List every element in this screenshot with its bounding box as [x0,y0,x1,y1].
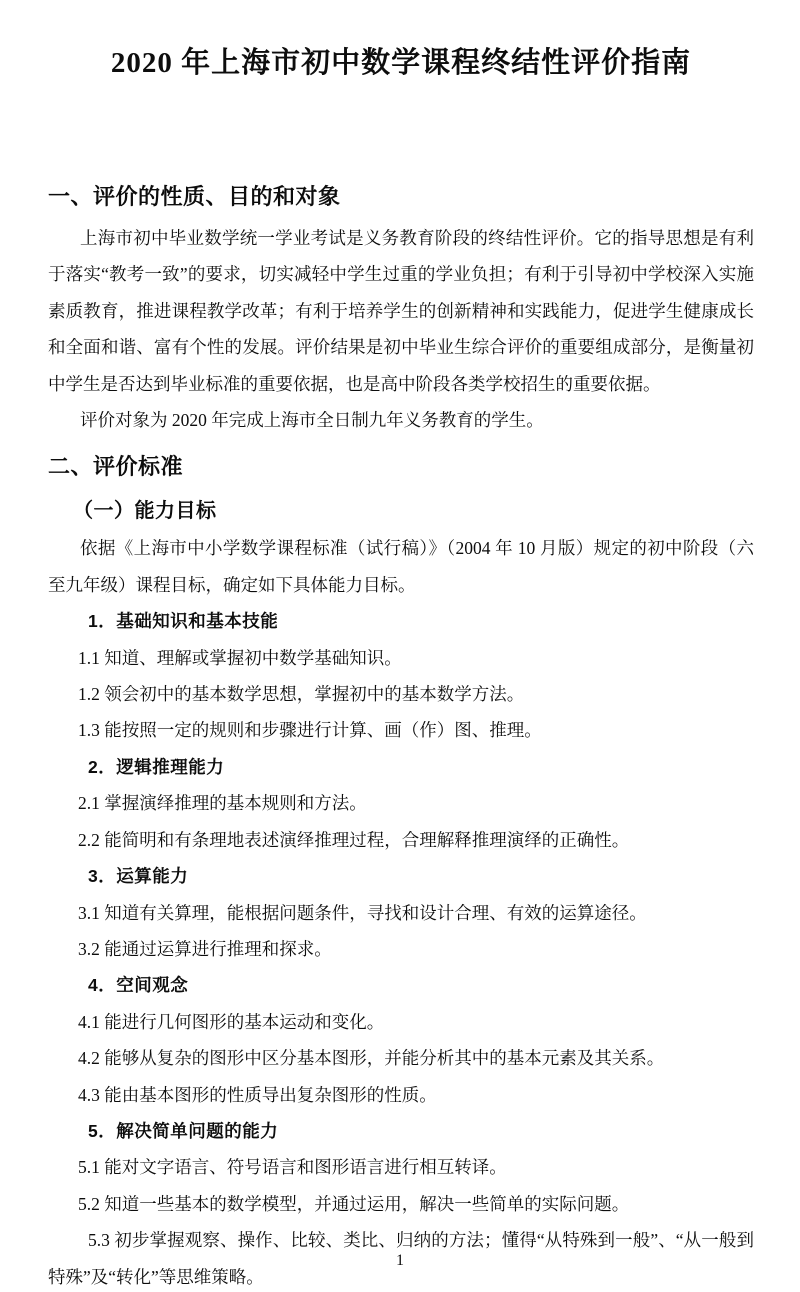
ability-group-title: 4．空间观念 [88,967,754,1003]
section-heading-1: 一、评价的性质、目的和对象 [48,182,754,212]
document-page: 2020 年上海市初中数学课程终结性评价指南 一、评价的性质、目的和对象 上海市… [0,0,800,1292]
document-title: 2020 年上海市初中数学课程终结性评价指南 [48,42,754,84]
ability-item: 1.1 知道、理解或掌握初中数学基础知识。 [48,640,754,676]
ability-item: 5.2 知道一些基本的数学模型，并通过运用，解决一些简单的实际问题。 [48,1186,754,1222]
ability-item: 4.1 能进行几何图形的基本运动和变化。 [48,1004,754,1040]
ability-item: 1.2 领会初中的基本数学思想，掌握初中的基本数学方法。 [48,676,754,712]
ability-group-title: 1．基础知识和基本技能 [88,603,754,639]
page-number: 1 [0,1250,800,1272]
ability-item: 2.2 能简明和有条理地表述演绎推理过程，合理解释推理演绎的正确性。 [48,822,754,858]
ability-item: 2.1 掌握演绎推理的基本规则和方法。 [48,785,754,821]
intro-paragraph: 依据《上海市中小学数学课程标准（试行稿）》（2004 年 10 月版）规定的初中… [48,530,754,603]
body-paragraph: 上海市初中毕业数学统一学业考试是义务教育阶段的终结性评价。它的指导思想是有利于落… [48,220,754,402]
ability-item: 4.3 能由基本图形的性质导出复杂图形的性质。 [48,1077,754,1113]
ability-item: 1.3 能按照一定的规则和步骤进行计算、画（作）图、推理。 [48,712,754,748]
section-heading-2: 二、评价标准 [48,452,754,482]
ability-item: 3.1 知道有关算理，能根据问题条件，寻找和设计合理、有效的运算途径。 [48,895,754,931]
ability-item: 4.2 能够从复杂的图形中区分基本图形，并能分析其中的基本元素及其关系。 [48,1040,754,1076]
ability-item: 3.2 能通过运算进行推理和探求。 [48,931,754,967]
ability-item: 5.1 能对文字语言、符号语言和图形语言进行相互转译。 [48,1149,754,1185]
ability-group-title: 3．运算能力 [88,858,754,894]
body-paragraph: 评价对象为 2020 年完成上海市全日制九年义务教育的学生。 [48,402,754,438]
ability-group-title: 5．解决简单问题的能力 [88,1113,754,1149]
ability-group-title: 2．逻辑推理能力 [88,749,754,785]
subsection-heading: （一）能力目标 [73,498,754,524]
